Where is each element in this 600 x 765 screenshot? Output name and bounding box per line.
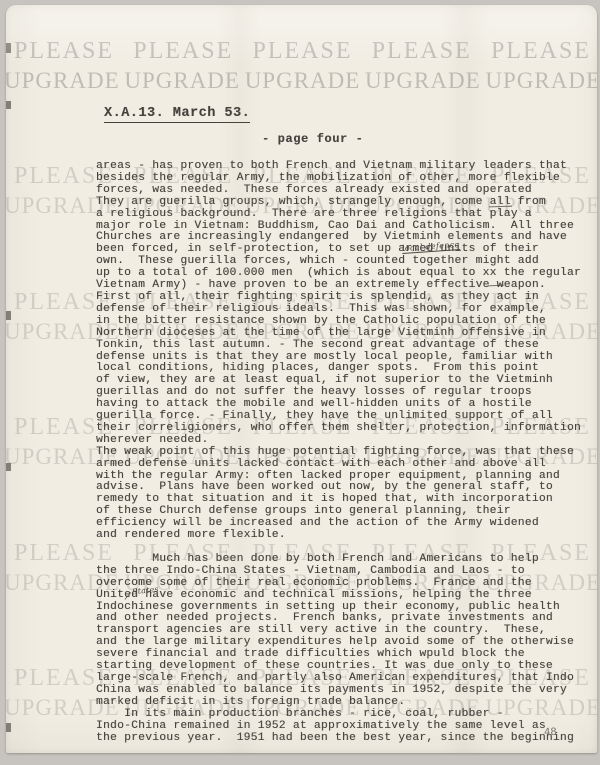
watermark-word: UPGRADE — [365, 67, 481, 94]
document-reference: X.A.13. March 53. — [104, 106, 250, 123]
scan-edge-mark — [6, 101, 11, 109]
scan-edge-mark — [6, 463, 11, 471]
scan-edge-mark — [6, 723, 11, 732]
watermark-word: UPGRADE — [6, 67, 120, 94]
scan-edge-mark — [6, 311, 11, 320]
watermark-word: PLEASE — [372, 37, 472, 66]
scan-edge-mark — [6, 43, 11, 53]
page-label: - page four - — [262, 132, 363, 146]
watermark-word: PLEASE — [133, 37, 233, 66]
watermark-word: UPGRADE — [245, 67, 361, 94]
watermark-word: PLEASE — [14, 37, 114, 66]
document-page: PLEASEPLEASEPLEASEPLEASEPLEASEUPGRADEUPG… — [6, 5, 597, 753]
watermark-word: PLEASE — [491, 37, 591, 66]
watermark-word: PLEASE — [252, 37, 352, 66]
watermark-word: UPGRADE — [485, 67, 597, 94]
handwritten-page-number: 48 — [544, 727, 557, 738]
typewritten-body: areas - has proven to both French and Vi… — [96, 161, 581, 744]
watermark-word: UPGRADE — [124, 67, 240, 94]
